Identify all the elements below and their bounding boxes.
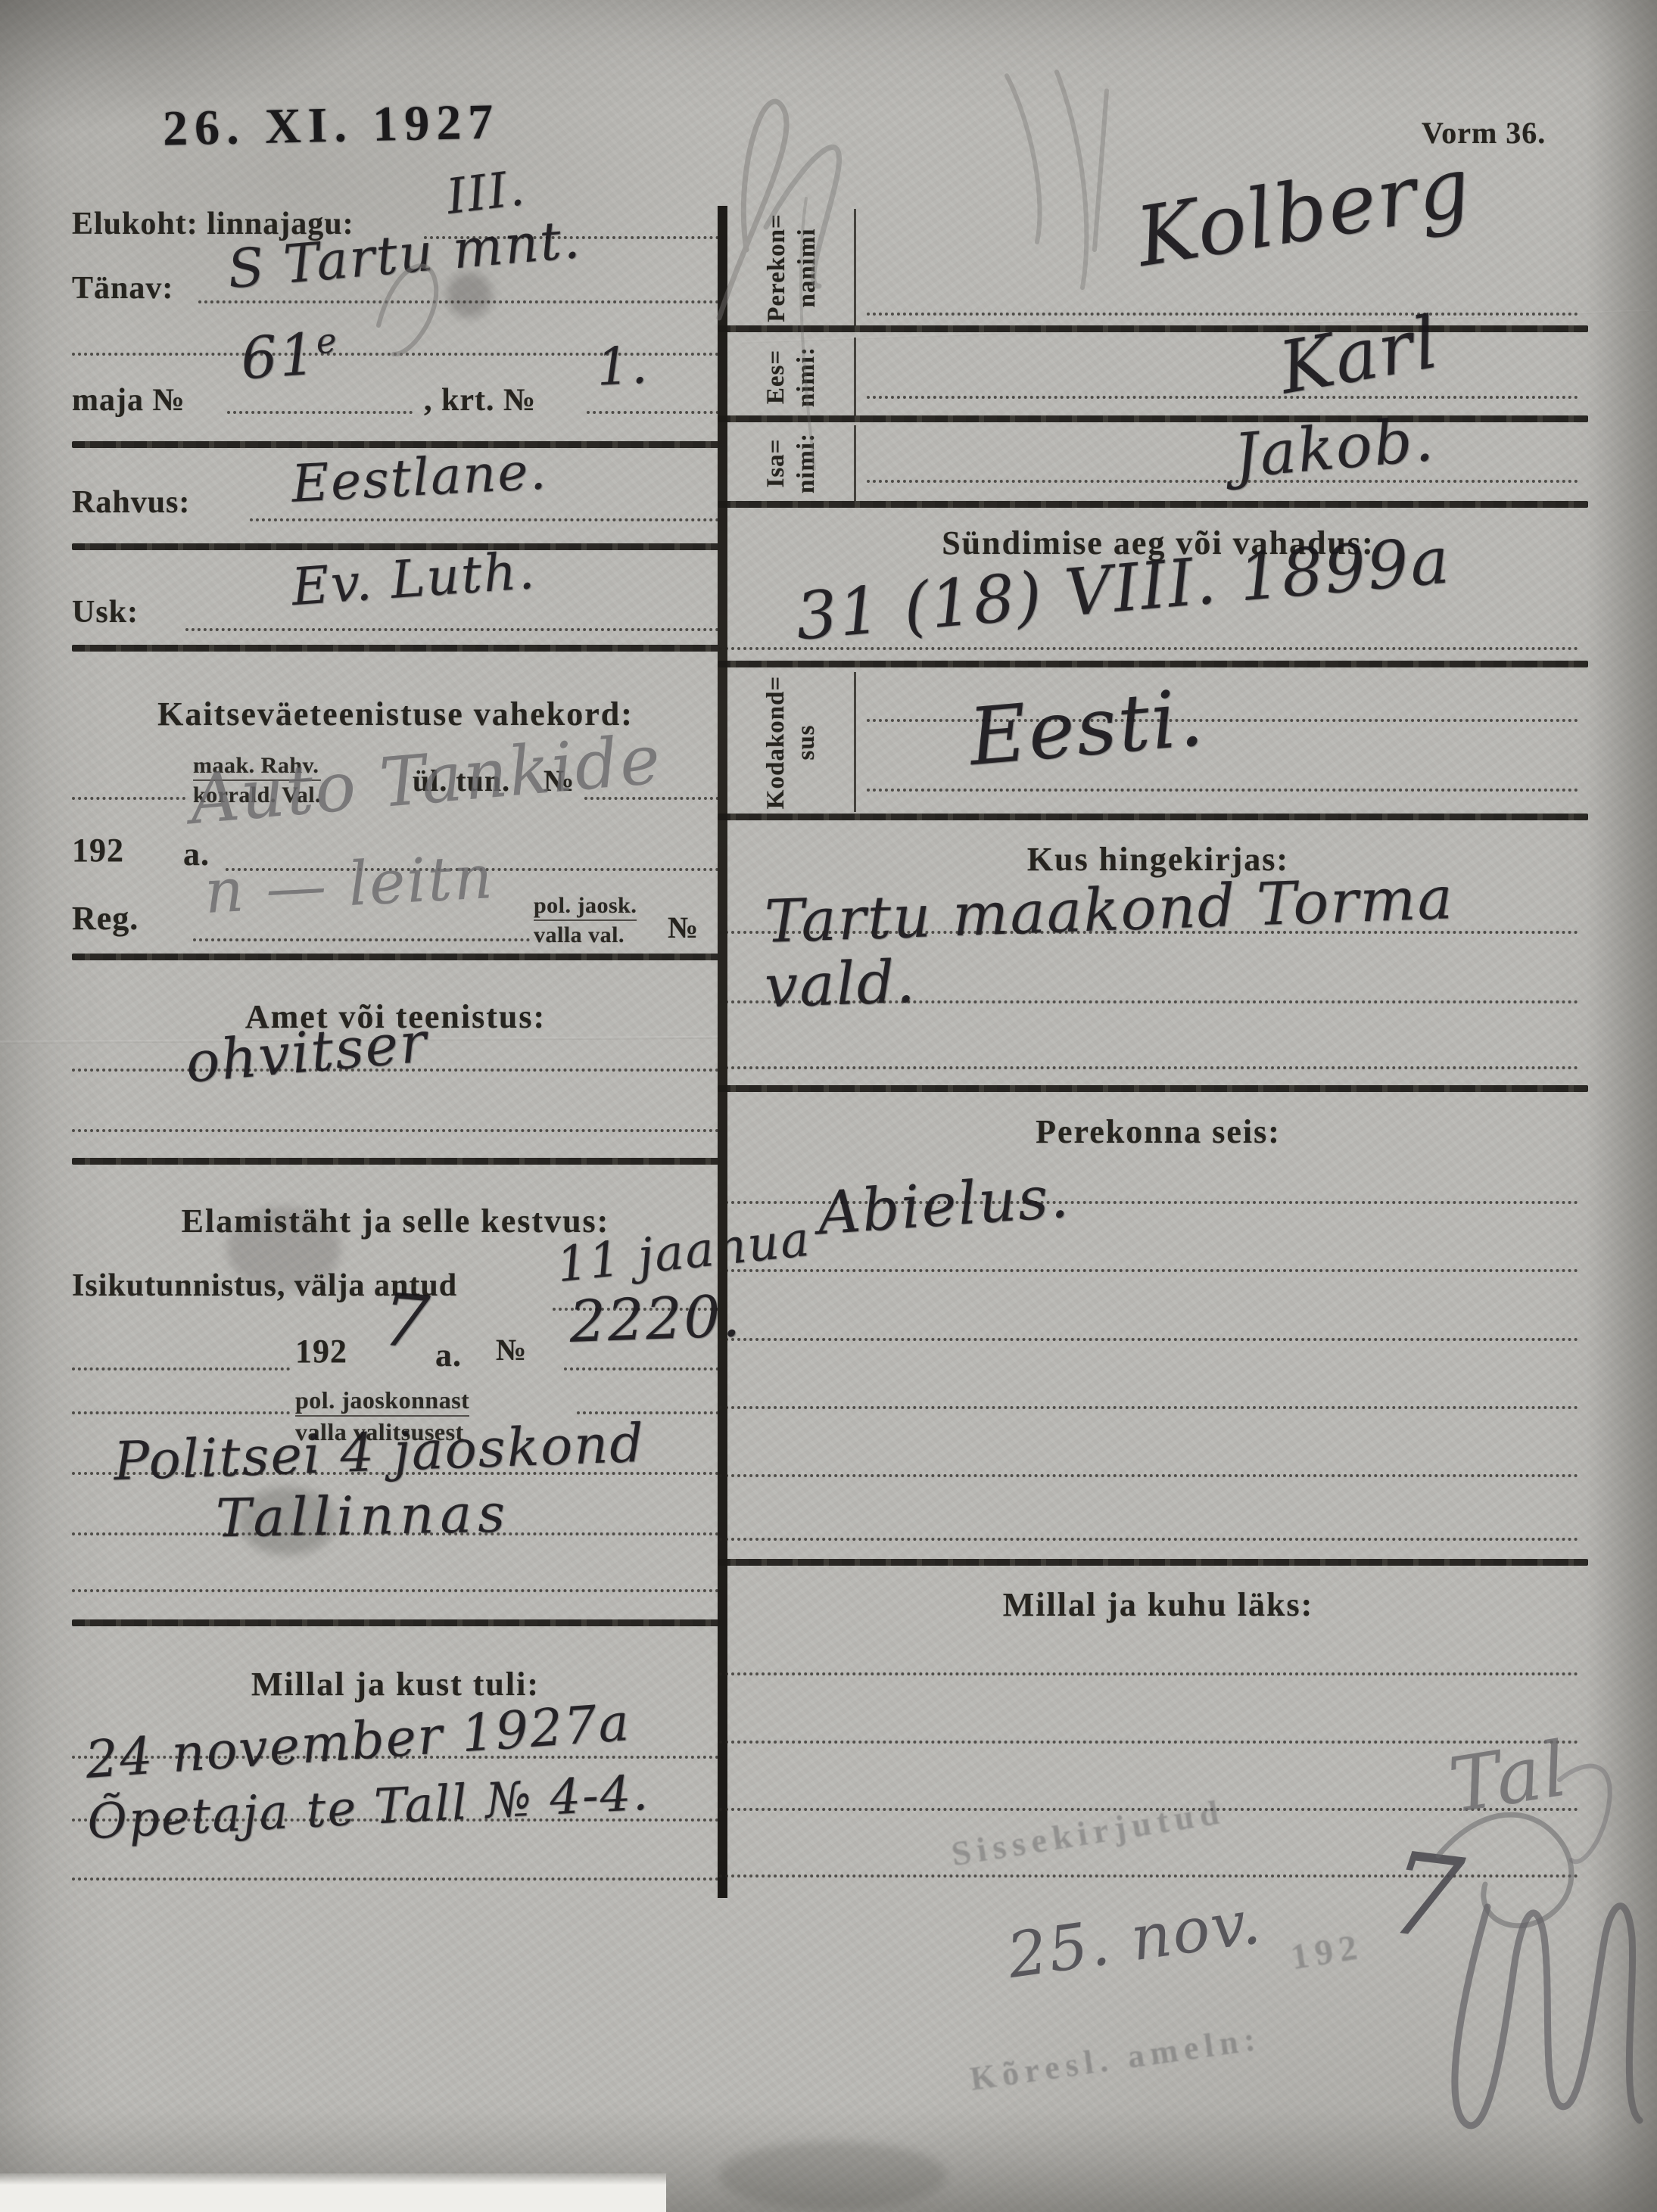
dotted-line xyxy=(719,1338,1578,1341)
kaitse-no2: № xyxy=(668,910,699,945)
dotted-line xyxy=(193,938,530,941)
kodakondsus-value: Eesti. xyxy=(965,671,1207,784)
kaitse-pol-bottom: valla val. xyxy=(534,921,637,949)
kaitse-line1-value: Auto Tankide xyxy=(187,720,665,840)
isanimi-line1: Isa= xyxy=(761,433,791,493)
kodakondsus-line2: sus xyxy=(792,675,822,808)
dotted-line xyxy=(198,300,719,303)
dotted-line xyxy=(867,396,1578,399)
perekonnanimi-line1: Perekon= xyxy=(761,213,791,322)
dotted-line xyxy=(72,797,185,800)
dotted-line xyxy=(867,480,1578,483)
scan-edge-right xyxy=(1586,0,1657,2212)
dotted-line xyxy=(719,647,1578,650)
pencil-scribble xyxy=(1007,72,1107,288)
eesnimi-value: Karl xyxy=(1273,300,1445,410)
laks-pencil-note: Tal xyxy=(1444,1724,1574,1830)
divider-bar xyxy=(718,1559,1588,1566)
eesnimi-line1: Ees= xyxy=(761,347,791,407)
field-maja-label: maja № xyxy=(72,382,185,418)
dotted-line xyxy=(72,1532,719,1535)
scan-edge-topleft xyxy=(0,0,394,136)
divider-bar xyxy=(72,1619,719,1626)
dotted-line xyxy=(564,1367,719,1370)
divider-bar xyxy=(718,661,1588,667)
dotted-line xyxy=(72,1756,719,1759)
tunnistus-number-value: 2220. xyxy=(568,1282,743,1355)
dotted-line xyxy=(719,1672,1578,1675)
maja-number-sup: e xyxy=(315,320,340,362)
dotted-line xyxy=(719,1269,1578,1272)
field-krt-label: , krt. № xyxy=(424,382,536,418)
field-rahvus-value: Eestlane. xyxy=(290,441,549,515)
seis-value: Abielus. xyxy=(815,1162,1072,1248)
dotted-line xyxy=(719,931,1578,934)
label-cell-rule xyxy=(854,672,856,812)
field-usk-label: Usk: xyxy=(72,594,139,630)
dotted-line xyxy=(227,411,413,414)
scanner-bed-strip xyxy=(0,2173,666,2212)
maja-number: 61 xyxy=(238,320,319,393)
dotted-line xyxy=(72,1589,719,1592)
pol-jaosk-top: pol. jaoskonnast xyxy=(295,1385,469,1417)
kaitse-year-prefix: 192 xyxy=(72,831,124,870)
label-eesnimi: Ees= nimi: xyxy=(729,338,854,416)
divider-bar xyxy=(72,645,719,652)
kaitse-reg-label: Reg. xyxy=(72,899,139,938)
year-1927-prefix: 192 xyxy=(295,1332,347,1370)
office-line1-value: Politsei 4 jaoskond xyxy=(113,1412,646,1492)
dotted-line xyxy=(72,1129,719,1132)
dotted-line xyxy=(185,628,719,631)
section-hingekiri-heading: Kus hingekirjas: xyxy=(727,840,1590,879)
divider-bar xyxy=(72,441,719,448)
divider-bar xyxy=(718,1085,1588,1092)
column-divider xyxy=(718,206,727,1898)
eesnimi-line2: nimi: xyxy=(791,347,821,407)
label-cell-rule xyxy=(854,338,856,416)
perekonnanimi-value: Kolberg xyxy=(1130,139,1478,285)
dotted-line xyxy=(867,313,1578,316)
dotted-line xyxy=(72,1878,719,1881)
dotted-line xyxy=(72,1818,719,1822)
divider-bar xyxy=(718,325,1588,332)
label-kodakondsus: Kodakond= sus xyxy=(729,672,854,812)
office-line2-value: Tallinnas xyxy=(215,1482,511,1550)
label-isanimi: Isa= nimi: xyxy=(729,425,854,501)
label-cell-rule xyxy=(854,425,856,501)
section-seis-heading: Perekonna seis: xyxy=(727,1112,1590,1151)
kaitse-line2-value: n — leitn xyxy=(203,842,496,927)
dotted-line xyxy=(72,1411,290,1414)
dotted-line xyxy=(719,1406,1578,1409)
year-a-label: a. xyxy=(435,1336,462,1374)
year-no-label: № xyxy=(496,1332,527,1367)
field-usk-value: Ev. Luth. xyxy=(290,541,538,618)
divider-bar xyxy=(718,501,1588,508)
isanimi-line2: nimi: xyxy=(791,433,821,493)
dotted-line xyxy=(719,1474,1578,1477)
field-tanav-label: Tänav: xyxy=(72,270,173,306)
laks-big-seven: 7 xyxy=(1381,1828,1471,1968)
stamp-ametnik: Kõresl. ameln: xyxy=(967,2019,1263,2098)
dotted-line xyxy=(72,1472,719,1475)
divider-bar xyxy=(72,543,719,550)
dotted-line xyxy=(719,1000,1578,1003)
dotted-line xyxy=(72,1367,290,1370)
dotted-line xyxy=(719,1066,1578,1069)
dotted-line xyxy=(587,411,719,414)
perekonnanimi-line2: nanimi xyxy=(791,213,821,322)
divider-bar xyxy=(72,1158,719,1165)
year-1927-hw7: 7 xyxy=(378,1277,434,1365)
label-cell-rule xyxy=(854,209,856,326)
hingekiri-line2: vald. xyxy=(763,948,917,1022)
kaitse-pol-stack: pol. jaosk. valla val. xyxy=(534,891,637,949)
scanned-form-vorm-36: 26. XI. 1927 Vorm 36. Elukoht: linnajagu… xyxy=(0,0,1657,2212)
field-rahvus-label: Rahvus: xyxy=(72,484,190,521)
kodakondsus-line1: Kodakond= xyxy=(762,675,792,808)
stamp-year: 192 xyxy=(1288,1926,1366,1978)
label-perekonnanimi: Perekon= nanimi xyxy=(729,209,854,326)
stamp-sissekirjutud: Sissekirjutud xyxy=(948,1791,1228,1874)
dotted-line xyxy=(719,1538,1578,1541)
field-maja-value: 61e xyxy=(238,319,341,393)
section-laks-heading: Millal ja kuhu läks: xyxy=(727,1585,1590,1624)
divider-bar xyxy=(718,415,1588,422)
dotted-line xyxy=(867,789,1578,792)
divider-bar xyxy=(72,954,719,960)
dotted-line xyxy=(250,518,719,521)
divider-bar xyxy=(718,814,1588,820)
laks-date-value: 25. nov. xyxy=(1003,1886,1266,1993)
kaitse-pol-top: pol. jaosk. xyxy=(534,891,637,921)
field-krt-value: 1. xyxy=(595,335,650,397)
